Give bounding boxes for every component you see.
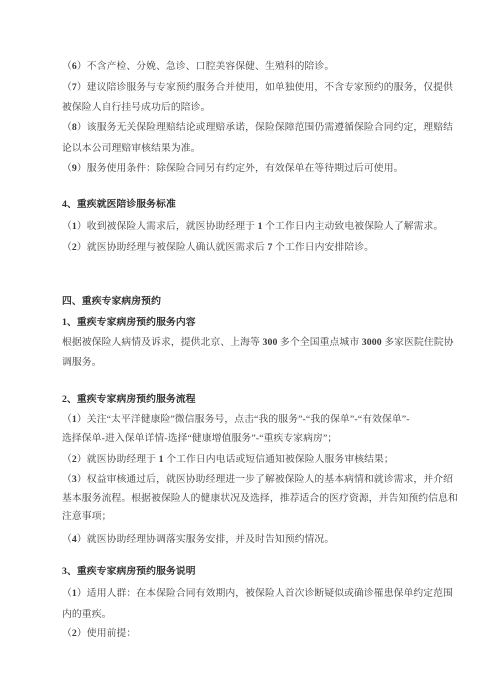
flow-item-3-line: 基本服务流程。根据被保险人的健康状况及选择，推荐适合的医疗资源，并告知预约信息和 <box>62 492 458 505</box>
numeric-text: 3 <box>72 474 77 485</box>
document-page: （6）不含产检、分娩、急诊、口腔美容保健、生殖科的陪诊。（7）建议陪诊服务与专家… <box>0 0 495 700</box>
subsection-3-heading-line: 3、重疾专家病房预约服务说明 <box>62 565 196 578</box>
numeric-text: 7 <box>268 242 273 253</box>
flow-item-3-line: 注意事项； <box>62 510 111 523</box>
flow-item-2-line: （2）就医协助经理于 1 个工作日内电话或短信通知被保险人服务审核结果； <box>62 453 394 466</box>
numeric-text: 6 <box>72 61 77 72</box>
standard-item-1-line: （1）收到被保险人需求后，就医协助经理于 1 个工作日内主动致电被保险人了解需求… <box>62 220 443 233</box>
numeric-text: 4 <box>72 534 77 545</box>
numeric-text: 2 <box>62 394 67 405</box>
numeric-text: 8 <box>72 122 77 133</box>
flow-item-3-line: （3）权益审核通过后，就医协助经理进一步了解被保险人的基本病情和就诊需求，并介绍 <box>62 473 453 486</box>
content-paragraph-line: 根据被保险人病情及诉求，提供北京、上海等 300 多个全国重点城市 3000 多… <box>62 336 454 349</box>
content-paragraph-line: 调服务。 <box>62 356 102 369</box>
chapter-heading-line: 四、重疾专家病房预约 <box>62 295 161 308</box>
escort-note-9-line: （9）服务使用条件：除保险合同另有约定外，有效保单在等待期过后可使用。 <box>62 162 404 175</box>
numeric-text: 1 <box>159 454 164 465</box>
numeric-text: 300 <box>263 337 278 348</box>
escort-note-6-line: （6）不含产检、分娩、急诊、口腔美容保健、生殖科的陪诊。 <box>62 60 334 73</box>
flow-item-1-line: 选择保单-进入保单详情-选择“健康增值服务”-“重疾专家病房”； <box>62 432 337 445</box>
subsection-1-heading-line: 1、重疾专家病房预约服务内容 <box>62 316 196 329</box>
numeric-text: 1 <box>72 414 77 425</box>
standard-item-2-line: （2）就医协助经理与被保险人确认就医需求后 7 个工作日内安排陪诊。 <box>62 241 374 254</box>
section-4-heading-line: 4、重疾就医陪诊服务标准 <box>62 198 176 211</box>
escort-note-8-line: （8）该服务无关保险理赔结论或理赔承诺，保险保障范围仍需遵循保险合同约定，理赔结 <box>62 121 453 134</box>
subsection-2-heading-line: 2、重疾专家病房预约服务流程 <box>62 393 196 406</box>
description-item-1-line: 内的重疾。 <box>62 608 111 621</box>
numeric-text: 7 <box>72 82 77 93</box>
numeric-text: 1 <box>258 221 263 232</box>
numeric-text: 9 <box>72 163 77 174</box>
escort-note-7-line: （7）建议陪诊服务与专家预约服务合并使用，如单独使用，不含专家预约的服务，仅提供 <box>62 81 453 94</box>
numeric-text: 3000 <box>362 337 382 348</box>
numeric-text: 3 <box>62 566 67 577</box>
description-item-2-line: （2）使用前提： <box>62 627 136 640</box>
flow-item-1-line: （1）关注“太平洋健康险”微信服务号，点击“我的服务”-“我的保单”-“有效保单… <box>62 413 410 426</box>
numeric-text: 1 <box>62 317 67 328</box>
escort-note-8-line: 论以本公司理赔审核结果为准。 <box>62 142 201 155</box>
escort-note-7-line: 被保险人自行挂号成功后的陪诊。 <box>62 101 210 114</box>
numeric-text: 2 <box>72 628 77 639</box>
numeric-text: 4 <box>62 199 67 210</box>
numeric-text: 1 <box>72 221 77 232</box>
numeric-text: 2 <box>72 242 77 253</box>
numeric-text: 2 <box>72 454 77 465</box>
description-item-1-line: （1）适用人群：在本保险合同有效期内，被保险人首次诊断疑似或确诊罹患保单约定范围 <box>62 587 453 600</box>
flow-item-4-line: （4）就医协助经理协调落实服务安排，并及时告知预约情况。 <box>62 533 334 546</box>
numeric-text: 1 <box>72 588 77 599</box>
